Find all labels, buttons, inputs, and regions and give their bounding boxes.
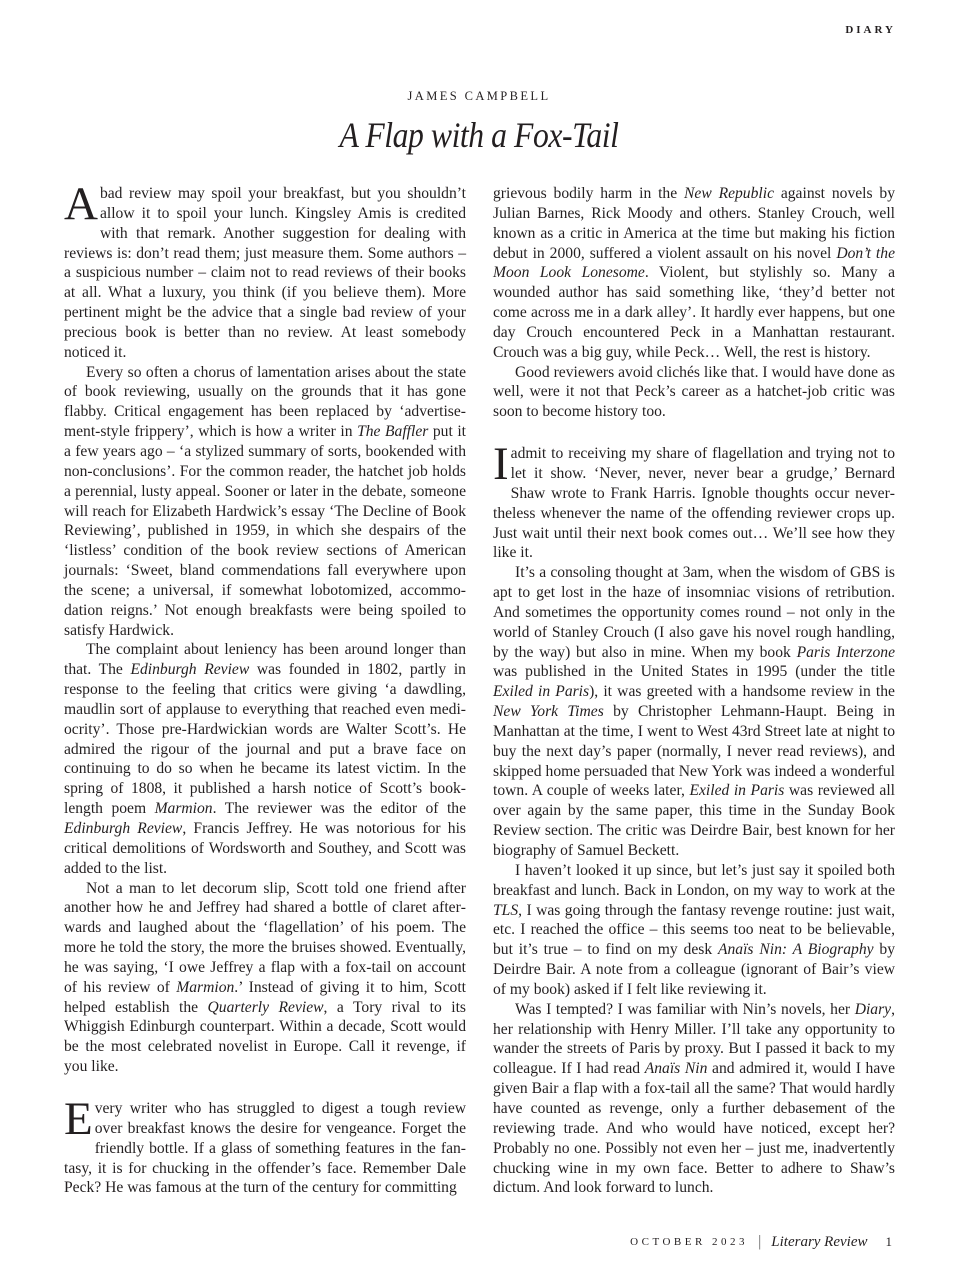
work-title: Paris Interzone xyxy=(797,644,895,661)
page-footer: OCTOBER 2023 | Literary Review 1 xyxy=(630,1233,892,1251)
drop-cap: I xyxy=(493,446,509,484)
paragraph: A bad review may spoil your breakfast, b… xyxy=(64,184,466,363)
publication-title: Quarterly Review xyxy=(208,999,324,1016)
drop-cap: E xyxy=(64,1101,93,1139)
drop-cap: A xyxy=(64,186,98,224)
publication-title: New Republic xyxy=(684,185,774,202)
paragraph-text: was published in the United States in 19… xyxy=(493,663,895,680)
paragraph-text: and admired it, would I have given Bair … xyxy=(493,1060,895,1196)
paragraph: Not a man to let decorum slip, Scott tol… xyxy=(64,879,466,1077)
publication-title: TLS xyxy=(493,902,518,919)
paragraph-text: grievous bodily harm in the xyxy=(493,185,684,202)
paragraph: I haven’t looked it up since, but let’s … xyxy=(493,861,895,1000)
left-column: A bad review may spoil your breakfast, b… xyxy=(64,184,466,1198)
footer-divider: | xyxy=(758,1233,761,1251)
paragraph: I admit to receiving my share of flagell… xyxy=(493,444,895,563)
work-title: Exiled in Paris xyxy=(493,683,589,700)
publication-name: Literary Review xyxy=(771,1234,867,1251)
paragraph-text: put it a few years ago – ‘a stylized sum… xyxy=(64,423,466,638)
paragraph: grievous bodily harm in the New Republic… xyxy=(493,184,895,363)
work-title: Marmion xyxy=(155,800,213,817)
paragraph: Every writer who has struggled to digest… xyxy=(64,1099,466,1198)
article-title: A Flap with a Fox-Tail xyxy=(57,114,900,156)
paragraph-text: very writer who has struggled to digest … xyxy=(64,1100,466,1196)
paragraph: It’s a consoling thought at 3am, when th… xyxy=(493,563,895,861)
paragraph: The complaint about leniency has been ar… xyxy=(64,640,466,878)
section-label: DIARY xyxy=(845,24,896,36)
paragraph: Was I tempted? I was familiar with Nin’s… xyxy=(493,1000,895,1198)
paragraph-text: admit to receiving my share of flagellat… xyxy=(493,445,895,561)
work-title: Diary xyxy=(855,1001,891,1018)
issue-date: OCTOBER 2023 xyxy=(630,1236,748,1248)
author-byline: JAMES CAMPBELL xyxy=(0,89,958,104)
publication-title: The Baffler xyxy=(357,423,428,440)
paragraph: Every so often a chorus of lamentation a… xyxy=(64,363,466,641)
publication-title: Edinburgh Review xyxy=(64,820,182,837)
work-title: Anaïs Nin: A Biography xyxy=(718,941,874,958)
publication-title: Edinburgh Review xyxy=(130,661,249,678)
publication-title: New York Times xyxy=(493,703,604,720)
work-title: Exiled in Paris xyxy=(689,782,784,799)
paragraph-text: Was I tempted? I was familiar with Nin’s… xyxy=(515,1001,855,1018)
paragraph-text: . The reviewer was the editor of the xyxy=(213,800,466,817)
right-column: grievous bodily harm in the New Republic… xyxy=(493,184,895,1198)
paragraph-text: was founded in 1802, partly in response … xyxy=(64,661,466,817)
paragraph-text: ), it was greeted with a handsome review… xyxy=(589,683,895,700)
page-number: 1 xyxy=(886,1234,893,1250)
work-title: Marmion xyxy=(176,979,234,996)
paragraph-text: bad review may spoil your breakfast, but… xyxy=(64,185,466,361)
paragraph-text: Good reviewers avoid clichés like that. … xyxy=(493,364,895,421)
paragraph-text: I haven’t looked it up since, but let’s … xyxy=(493,862,895,899)
work-title: Anaïs Nin xyxy=(645,1060,708,1077)
paragraph: Good reviewers avoid clichés like that. … xyxy=(493,363,895,423)
